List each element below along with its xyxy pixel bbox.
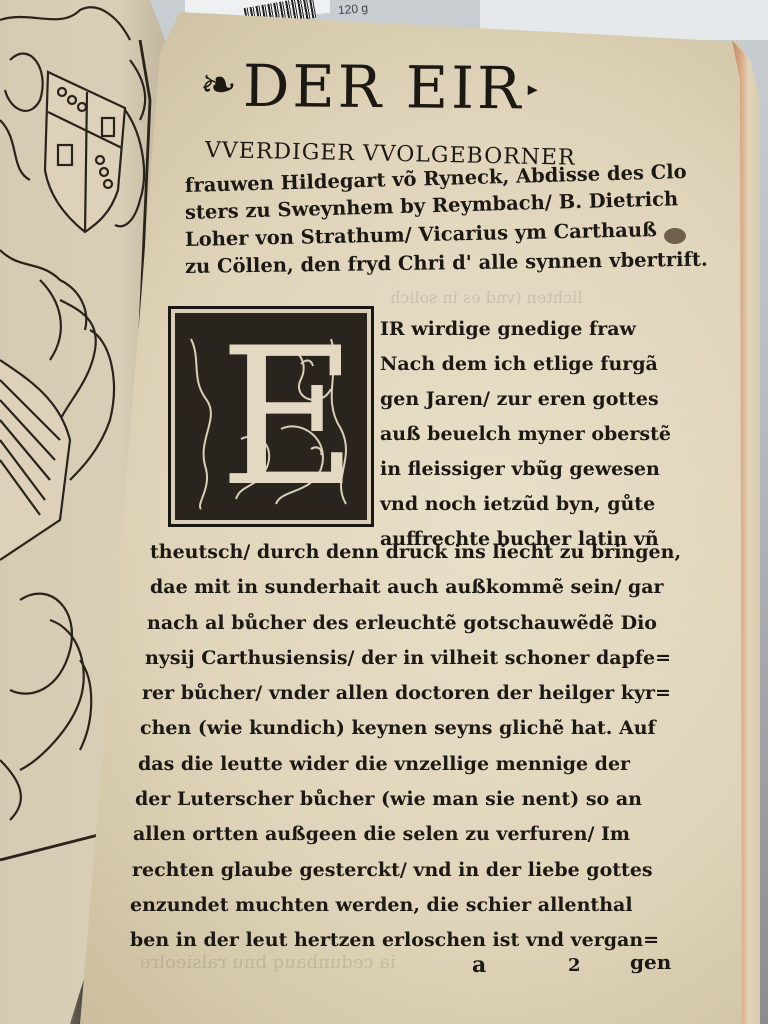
text-line: gen Jaren/ zur eren gottes (380, 382, 670, 417)
bleed-through-text: lichten (vnd es in solich (390, 288, 582, 307)
text-line: in fleissiger vbũg gewesen (380, 452, 670, 487)
text-line: auß beuelch myner oberstẽ (380, 417, 670, 452)
signature-number: 2 (568, 955, 581, 976)
text-line: ben in der leut hertzen erloschen ist vn… (130, 923, 670, 958)
text-line: chen (wie kundich) keynen seyns glichẽ h… (140, 711, 670, 746)
arrow-ornament-icon: ▸ (528, 76, 538, 100)
catchword: gen (630, 950, 671, 974)
text-line: dae mit in sunderhait auch außkommẽ sein… (150, 570, 670, 605)
signature-mark: a (472, 952, 486, 978)
text-line: vnd noch ietzũd byn, gůte (380, 487, 670, 522)
text-line: nysij Carthusiensis/ der in vilheit scho… (145, 641, 670, 676)
body-text-beside-initial: IR wirdige gnedige fraw Nach dem ich etl… (380, 312, 670, 557)
text-line: das die leutte wider die vnzellige menni… (138, 747, 670, 782)
decorated-initial: E (168, 306, 374, 527)
text-line: der Luterscher bůcher (wie man sie nent)… (135, 782, 670, 817)
text-line: rechten glaube gesterckt/ vnd in der lie… (132, 853, 670, 888)
text-line: IR wirdige gnedige fraw (380, 312, 670, 347)
weight-label: 120 g (337, 1, 368, 18)
page-title: DER EIR (243, 57, 524, 117)
text-line: enzundet muchten werden, die schier alle… (130, 888, 670, 923)
text-line: rer bůcher/ vnder allen doctoren der hei… (142, 676, 670, 711)
fleuron-icon: ❧ (200, 64, 237, 108)
text-line: zu Cöllen, den fryd Chri d' alle synnen … (185, 246, 665, 280)
dedication-paragraph: frauwen Hildegart võ Ryneck, Abdisse des… (185, 172, 665, 280)
text-line: Nach dem ich etlige furgã (380, 347, 670, 382)
initial-letter: E (219, 323, 358, 513)
text-line: allen ortten außgeen die selen zu verfur… (133, 817, 670, 852)
page-heading: ❧ DER EIR ▸ (200, 57, 538, 118)
ink-stain (664, 228, 686, 244)
text-line: theutsch/ durch denn druck ins liecht zu… (150, 535, 670, 570)
text-line: nach al bůcher des erleuchtẽ gotschauwẽd… (147, 606, 670, 641)
body-text: theutsch/ durch denn druck ins liecht zu… (130, 535, 670, 959)
